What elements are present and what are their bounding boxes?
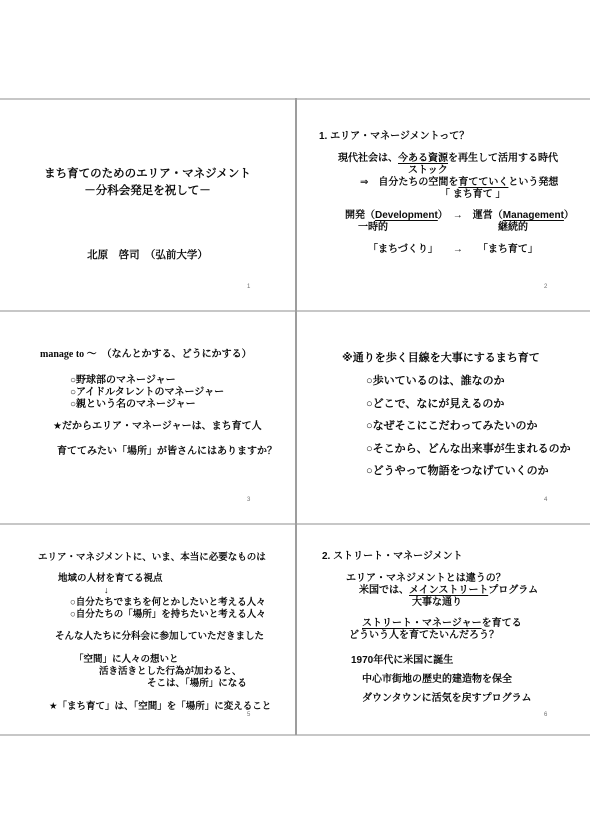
slide6-mainstreet-post: プログラム — [488, 585, 538, 596]
slide5-line-space3: そこは、「場所」になる — [147, 679, 247, 690]
slide5-line-star: ★「まち育て」は、「空間」を「場所」に変えること — [49, 702, 271, 713]
slide4-item-story: ○どうやって物語をつなげていくのか — [366, 465, 549, 478]
slide6-line-1970s: 1970年代に米国に誕生 — [351, 655, 453, 667]
slide5-line-participants: そんな人たちに分科会に参加していただきました — [55, 632, 264, 643]
slide5-item-people2: ○自分たちの「場所」を持ちたいと考える人々 — [70, 610, 266, 621]
slide2-heading: 1. エリア・マネージメントって？ — [319, 131, 469, 143]
slide2-dev-underlined: Development — [375, 210, 438, 221]
slide6-mainstreet-underlined: メインストリート — [409, 585, 488, 596]
slide2-line-stock: ストック — [408, 165, 448, 177]
slide5-line-space2: 活き活きとした行為が加わると、 — [99, 667, 242, 678]
slide2-line-temporary: 一時的 — [358, 222, 388, 234]
slide6-mainstreet-pre: 米国では、 — [359, 585, 409, 596]
slide4-item-where: ○どこで、なにが見えるのか — [366, 398, 504, 411]
slide6-line-different: エリア・マネジメントとは違うの？ — [346, 573, 506, 585]
slide2-line-machisodate: 「 まち育て 」 — [440, 189, 506, 201]
slide6-line-what-person: どういう人を育てたいんだろう？ — [349, 630, 499, 642]
slide5-item-people1: ○自分たちでまちを何とかしたいと考える人々 — [70, 598, 266, 609]
slide5-page-number: 5 — [247, 712, 250, 718]
slide5-heading: エリア・マネジメントに、いま、本当に必要なものは — [38, 553, 266, 564]
slide4-item-who: ○歩いているのは、誰なのか — [366, 375, 505, 388]
slide-1: まち育てのためのエリア・マネジメント －分科会発足を祝して－ 北原 啓司 （弘前… — [0, 98, 295, 310]
slide1-page-number: 1 — [247, 284, 250, 290]
slide6-heading: 2. ストリート・マネージメント — [322, 551, 463, 563]
slide-6: 2. ストリート・マネージメント エリア・マネジメントとは違うの？ 米国では、メ… — [295, 523, 590, 735]
slide2-line-resources-pre: 現代社会は、 — [338, 153, 398, 164]
slide6-line-downtown: ダウンタウンに活気を戻すプログラム — [362, 693, 532, 705]
slide-4: ※通りを歩く目線を大事にするまち育て ○歩いているのは、誰なのか ○どこで、なに… — [295, 311, 590, 523]
slide5-line-space1: 「空間」に人々の想いと — [74, 655, 179, 666]
slide2-line-idea-pre: ⇒ 自分たちの空間を — [360, 177, 458, 188]
slide3-page-number: 3 — [247, 497, 250, 503]
slide3-heading: manage to ～ （なんとかする、どうにかする） — [40, 349, 252, 361]
slide1-author: 北原 啓司 （弘前大学） — [0, 249, 295, 261]
slide-5: エリア・マネジメントに、いま、本当に必要なものは 地域の人材を育てる視点 ↓ ○… — [0, 523, 295, 735]
slide3-heading-english: manage to ～ — [40, 349, 97, 360]
slide2-line-machizukuri: 「まちづくり」 → 「まち育て」 — [368, 244, 538, 256]
slide3-item-idol: ○アイドルタレントのマネージャー — [70, 387, 224, 399]
slide4-page-number: 4 — [544, 497, 547, 503]
slide1-title-line1: まち育てのためのエリア・マネジメント — [0, 168, 295, 181]
slide2-line-resources-underlined: 今ある資源 — [398, 153, 448, 164]
slide4-item-why: ○なぜそこにこだわってみたいのか — [366, 420, 538, 433]
slide6-street-manager-post: を育てる — [482, 618, 522, 629]
slide3-item-baseball: ○野球部のマネージャー — [70, 375, 176, 387]
slide-2: 1. エリア・マネージメントって？ 現代社会は、今ある資源を再生して活用する時代… — [295, 98, 590, 310]
slide4-item-events: ○そこから、どんな出来事が生まれるのか — [366, 443, 571, 456]
slide2-page-number: 2 — [544, 284, 547, 290]
slide2-line-idea-post: という発想 — [508, 177, 558, 188]
handout-page: まち育てのためのエリア・マネジメント －分科会発足を祝して－ 北原 啓司 （弘前… — [0, 0, 590, 835]
slide2-line-resources-post: を再生して活用する時代 — [448, 153, 558, 164]
slide2-mgmt-underlined: Management — [503, 210, 564, 221]
slide4-heading: ※通りを歩く目線を大事にするまち育て — [342, 352, 540, 365]
slide6-line-preserve: 中心市街地の歴史的建造物を保全 — [362, 674, 512, 686]
slide3-item-parent: ○親という名のマネージャー — [70, 399, 196, 411]
slide-3: manage to ～ （なんとかする、どうにかする） ○野球部のマネージャー … — [0, 311, 295, 523]
slide2-line-idea: ⇒ 自分たちの空間を育てていくという発想 — [360, 177, 558, 189]
slide6-street-manager-underlined: ストリート・マネージャー — [362, 618, 482, 629]
slide1-title-line2: －分科会発足を祝して－ — [0, 185, 295, 198]
slide6-line-street-manager: ストリート・マネージャーを育てる — [362, 618, 522, 630]
down-arrow-icon: ↓ — [104, 585, 109, 595]
slide2-line-idea-underlined: 育てていく — [458, 177, 508, 188]
slide2-dev-pre: 開発（ — [345, 210, 375, 221]
slide3-line-question: 育ててみたい「場所」が皆さんにはありますか？ — [57, 446, 277, 458]
slide3-line-star: ★だからエリア・マネージャーは、まち育て人 — [53, 421, 262, 433]
slide5-line-viewpoint: 地域の人材を育てる視点 — [58, 574, 163, 585]
slide6-page-number: 6 — [544, 712, 547, 718]
slide2-dev-post: ） — [564, 210, 574, 221]
slide2-line-continuous: 継続的 — [498, 222, 528, 234]
slide2-line-resources: 現代社会は、今ある資源を再生して活用する時代 — [338, 153, 558, 165]
slide6-line-important-street: 大事な通り — [412, 597, 462, 609]
slide3-heading-japanese: （なんとかする、どうにかする） — [97, 349, 252, 360]
slide2-dev-mid: ） → 運営（ — [438, 210, 503, 221]
slide6-line-mainstreet: 米国では、メインストリートプログラム — [359, 585, 538, 597]
slide2-line-development-management: 開発（Development） → 運営（Management） — [345, 210, 574, 222]
